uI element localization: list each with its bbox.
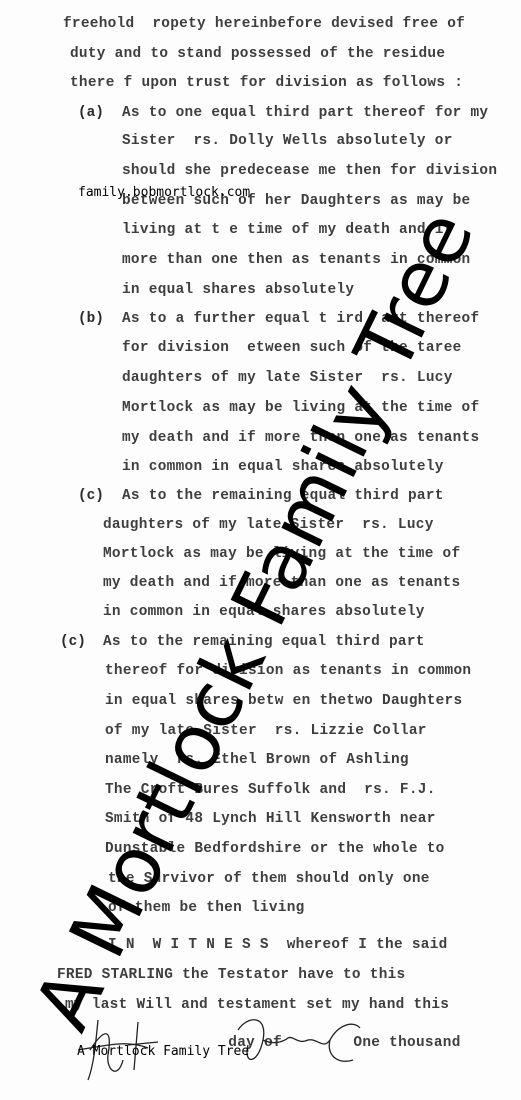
- document-line: should she predecease me then for divisi…: [122, 163, 497, 179]
- document-line: Mortlock as may be living at the time of: [122, 400, 479, 416]
- document-line: in equal shares absolutely: [122, 282, 354, 298]
- clause-label: (c): [60, 634, 86, 650]
- clause-label: (c): [78, 488, 104, 504]
- document-line: As to one equal third part thereof for m…: [122, 105, 488, 121]
- document-line: there f upon trust for division as follo…: [70, 75, 463, 91]
- document-line: freehold ropety hereinbefore devised fre…: [63, 16, 465, 32]
- document-line: Sister rs. Dolly Wells absolutely or: [122, 133, 453, 149]
- website-watermark: family.bobmortlock.com: [78, 186, 250, 200]
- clause-label: (a): [78, 105, 104, 121]
- document-line: thereof for division as tenants in commo…: [105, 663, 471, 679]
- document-line: I N W I T N E S S whereof I the said: [108, 937, 448, 953]
- document-line: duty and to stand possessed of the resid…: [70, 46, 445, 62]
- clause-label: (b): [78, 311, 104, 327]
- footer-watermark: A Mortlock Family Tree: [77, 1045, 249, 1059]
- document-line: in equal shares betw en thetwo Daughters: [105, 693, 462, 709]
- scanned-document-page: freehold ropety hereinbefore devised fre…: [0, 0, 521, 1100]
